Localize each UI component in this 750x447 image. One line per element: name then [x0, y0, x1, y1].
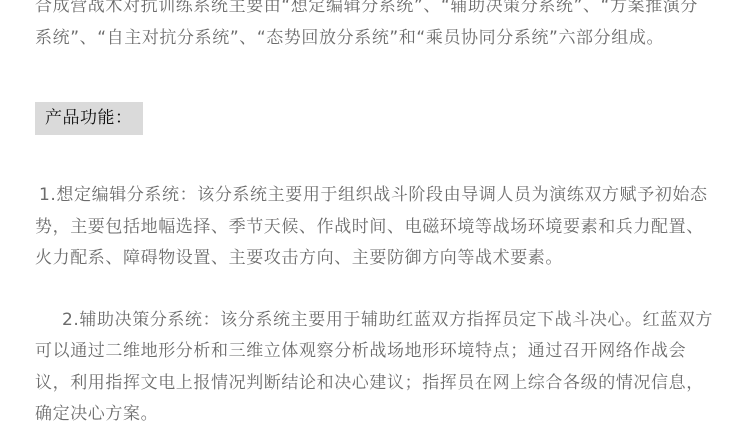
intro-paragraph: 合成营战术对抗训练系统主要由“想定编辑分系统”、“辅助决策分系统”、“方案推演分… [35, 0, 715, 54]
section-heading-wrapper: 产品功能： [35, 102, 715, 135]
feature-paragraph-scenario-editing: 1.想定编辑分系统：该分系统主要用于组织战斗阶段由导调人员为演练双方赋予初始态势… [35, 180, 715, 275]
section-heading-product-features: 产品功能： [35, 102, 143, 135]
article-body: 合成营战术对抗训练系统主要由“想定编辑分系统”、“辅助决策分系统”、“方案推演分… [35, 0, 715, 431]
feature-paragraph-decision-support: 2.辅助决策分系统：该分系统主要用于辅助红蓝双方指挥员定下战斗决心。红蓝双方可以… [35, 305, 715, 431]
